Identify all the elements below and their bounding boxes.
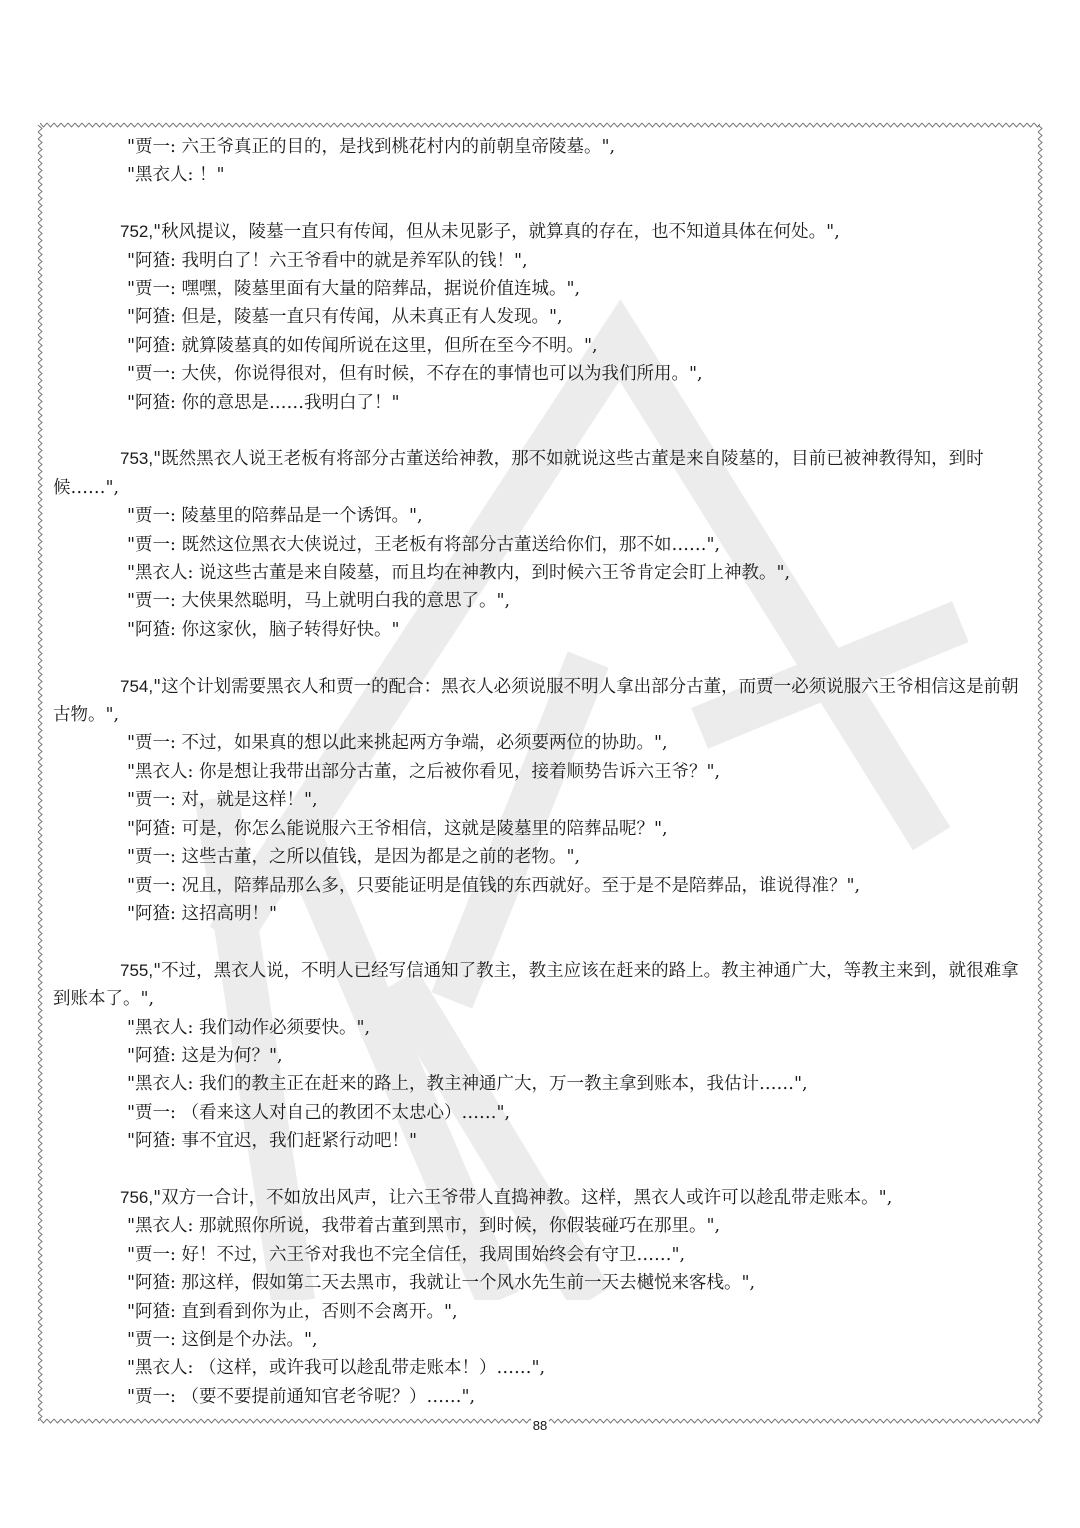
- dialogue-line: "阿猹: 这招高明！": [53, 900, 1031, 928]
- dialogue-line: "贾一: （要不要提前通知官老爷呢？）……",: [53, 1383, 1031, 1411]
- dialogue-line: "阿猹: 可是，你怎么能说服六王爷相信，这就是陵墓里的陪葬品呢？",: [53, 815, 1031, 843]
- section-752: 752,"秋风提议，陵墓一直只有传闻，但从未见影子，就算真的存在，也不知道具体在…: [53, 218, 1031, 417]
- dialogue-line: "贾一: 这倒是个办法。",: [53, 1326, 1031, 1354]
- dialogue-line: "贾一: 陵墓里的陪葬品是一个诱饵。",: [53, 502, 1031, 530]
- section-lead-text: "双方一合计，不如放出风声，让六王爷带人直捣神教。这样，黑衣人或许可以趁乱带走账…: [153, 1188, 892, 1208]
- section-lead-text: "秋风提议，陵墓一直只有传闻，但从未见影子，就算真的存在，也不知道具体在何处。"…: [153, 222, 840, 242]
- dialogue-line: "贾一: 既然这位黑衣大侠说过，王老板有将部分古董送给你们，那不如……",: [53, 531, 1031, 559]
- section-number: 755,: [120, 961, 153, 980]
- section-lead: 752,"秋风提议，陵墓一直只有传闻，但从未见影子，就算真的存在，也不知道具体在…: [53, 218, 1031, 246]
- section-753: 753,"既然黑衣人说王老板有将部分古董送给神教，那不如就说这些古董是来自陵墓的…: [53, 445, 1031, 644]
- dialogue-line: "黑衣人: ！": [53, 161, 1031, 189]
- dialogue-line: "黑衣人: 说这些古董是来自陵墓，而且均在神教内，到时候六王爷肯定会盯上神教。"…: [53, 559, 1031, 587]
- section-lead: 756,"双方一合计，不如放出风声，让六王爷带人直捣神教。这样，黑衣人或许可以趁…: [53, 1184, 1031, 1212]
- section-lead-text: "既然黑衣人说王老板有将部分古董送给神教，那不如就说这些古董是来自陵墓的，目前已…: [53, 449, 984, 497]
- section-lead-text: "不过，黑衣人说，不明人已经写信通知了教主，教主应该在赶来的路上。教主神通广大，…: [53, 961, 1019, 1009]
- section-756: 756,"双方一合计，不如放出风声，让六王爷带人直捣神教。这样，黑衣人或许可以趁…: [53, 1184, 1031, 1411]
- document-body: "贾一: 六王爷真正的目的，是找到桃花村内的前朝皇帝陵墓。", "黑衣人: ！"…: [53, 133, 1031, 1411]
- section-754: 754,"这个计划需要黑衣人和贾一的配合：黑衣人必须说服不明人拿出部分古董，而贾…: [53, 673, 1031, 929]
- dialogue-line: "阿猹: 直到看到你为止，否则不会离开。",: [53, 1298, 1031, 1326]
- dialogue-line: "贾一: 大侠果然聪明，马上就明白我的意思了。",: [53, 587, 1031, 615]
- section-lead: 755,"不过，黑衣人说，不明人已经写信通知了教主，教主应该在赶来的路上。教主神…: [53, 957, 1031, 1014]
- dialogue-line: "阿猹: 那这样，假如第二天去黑市，我就让一个风水先生前一天去樾悦来客栈。",: [53, 1269, 1031, 1297]
- dialogue-line: "黑衣人: 你是想让我带出部分古董，之后被你看见，接着顺势告诉六王爷？",: [53, 758, 1031, 786]
- dialogue-line: "贾一: 好！不过，六王爷对我也不完全信任，我周围始终会有守卫……",: [53, 1241, 1031, 1269]
- dialogue-line: "贾一: 不过，如果真的想以此来挑起两方争端，必须要两位的协助。",: [53, 729, 1031, 757]
- dialogue-line: "阿猹: 就算陵墓真的如传闻所说在这里，但所在至今不明。",: [53, 332, 1031, 360]
- dialogue-line: "贾一: 六王爷真正的目的，是找到桃花村内的前朝皇帝陵墓。",: [53, 133, 1031, 161]
- dialogue-line: "贾一: （看来这人对自己的教团不太忠心）……",: [53, 1099, 1031, 1127]
- dialogue-line: "贾一: 嘿嘿，陵墓里面有大量的陪葬品，据说价值连城。",: [53, 275, 1031, 303]
- section-755: 755,"不过，黑衣人说，不明人已经写信通知了教主，教主应该在赶来的路上。教主神…: [53, 957, 1031, 1156]
- dialogue-line: "阿猹: 我明白了！六王爷看中的就是养军队的钱！",: [53, 247, 1031, 275]
- dialogue-line: "黑衣人: 我们动作必须要快。",: [53, 1014, 1031, 1042]
- dialogue-line: "阿猹: 事不宜迟，我们赶紧行动吧！": [53, 1127, 1031, 1155]
- section-number: 756,: [120, 1188, 153, 1207]
- dialogue-line: "黑衣人: （这样，或许我可以趁乱带走账本！）……",: [53, 1354, 1031, 1382]
- dialogue-line: "贾一: 这些古董，之所以值钱，是因为都是之前的老物。",: [53, 843, 1031, 871]
- section-number: 754,: [120, 677, 153, 696]
- dialogue-line: "阿猹: 你的意思是……我明白了！": [53, 389, 1031, 417]
- dialogue-line: "贾一: 对，就是这样！",: [53, 786, 1031, 814]
- dialogue-line: "阿猹: 你这家伙，脑子转得好快。": [53, 616, 1031, 644]
- dialogue-line: "黑衣人: 那就照你所说，我带着古董到黑市，到时候，你假装碰巧在那里。",: [53, 1212, 1031, 1240]
- page-number: 88: [0, 1418, 1080, 1433]
- section-lead: 753,"既然黑衣人说王老板有将部分古董送给神教，那不如就说这些古董是来自陵墓的…: [53, 445, 1031, 502]
- page-number-text: 88: [531, 1418, 549, 1433]
- dialogue-line: "贾一: 大侠，你说得很对，但有时候，不存在的事情也可以为我们所用。",: [53, 360, 1031, 388]
- dialogue-line: "贾一: 况且，陪葬品那么多，只要能证明是值钱的东西就好。至于是不是陪葬品，谁说…: [53, 872, 1031, 900]
- zigzag-border-top: [40, 121, 1040, 129]
- dialogue-line: "黑衣人: 我们的教主正在赶来的路上，教主神通广大，万一教主拿到账本，我估计………: [53, 1070, 1031, 1098]
- section-lead: 754,"这个计划需要黑衣人和贾一的配合：黑衣人必须说服不明人拿出部分古董，而贾…: [53, 673, 1031, 730]
- dialogue-line: "阿猹: 但是，陵墓一直只有传闻，从未真正有人发现。",: [53, 303, 1031, 331]
- zigzag-border-right: [1036, 125, 1044, 1421]
- dialogue-line: "阿猹: 这是为何？",: [53, 1042, 1031, 1070]
- opening-dialogue: "贾一: 六王爷真正的目的，是找到桃花村内的前朝皇帝陵墓。", "黑衣人: ！": [53, 133, 1031, 190]
- section-number: 752,: [120, 222, 153, 241]
- zigzag-border-left: [36, 125, 44, 1421]
- section-lead-text: "这个计划需要黑衣人和贾一的配合：黑衣人必须说服不明人拿出部分古董，而贾一必须说…: [53, 677, 1019, 725]
- section-number: 753,: [120, 449, 153, 468]
